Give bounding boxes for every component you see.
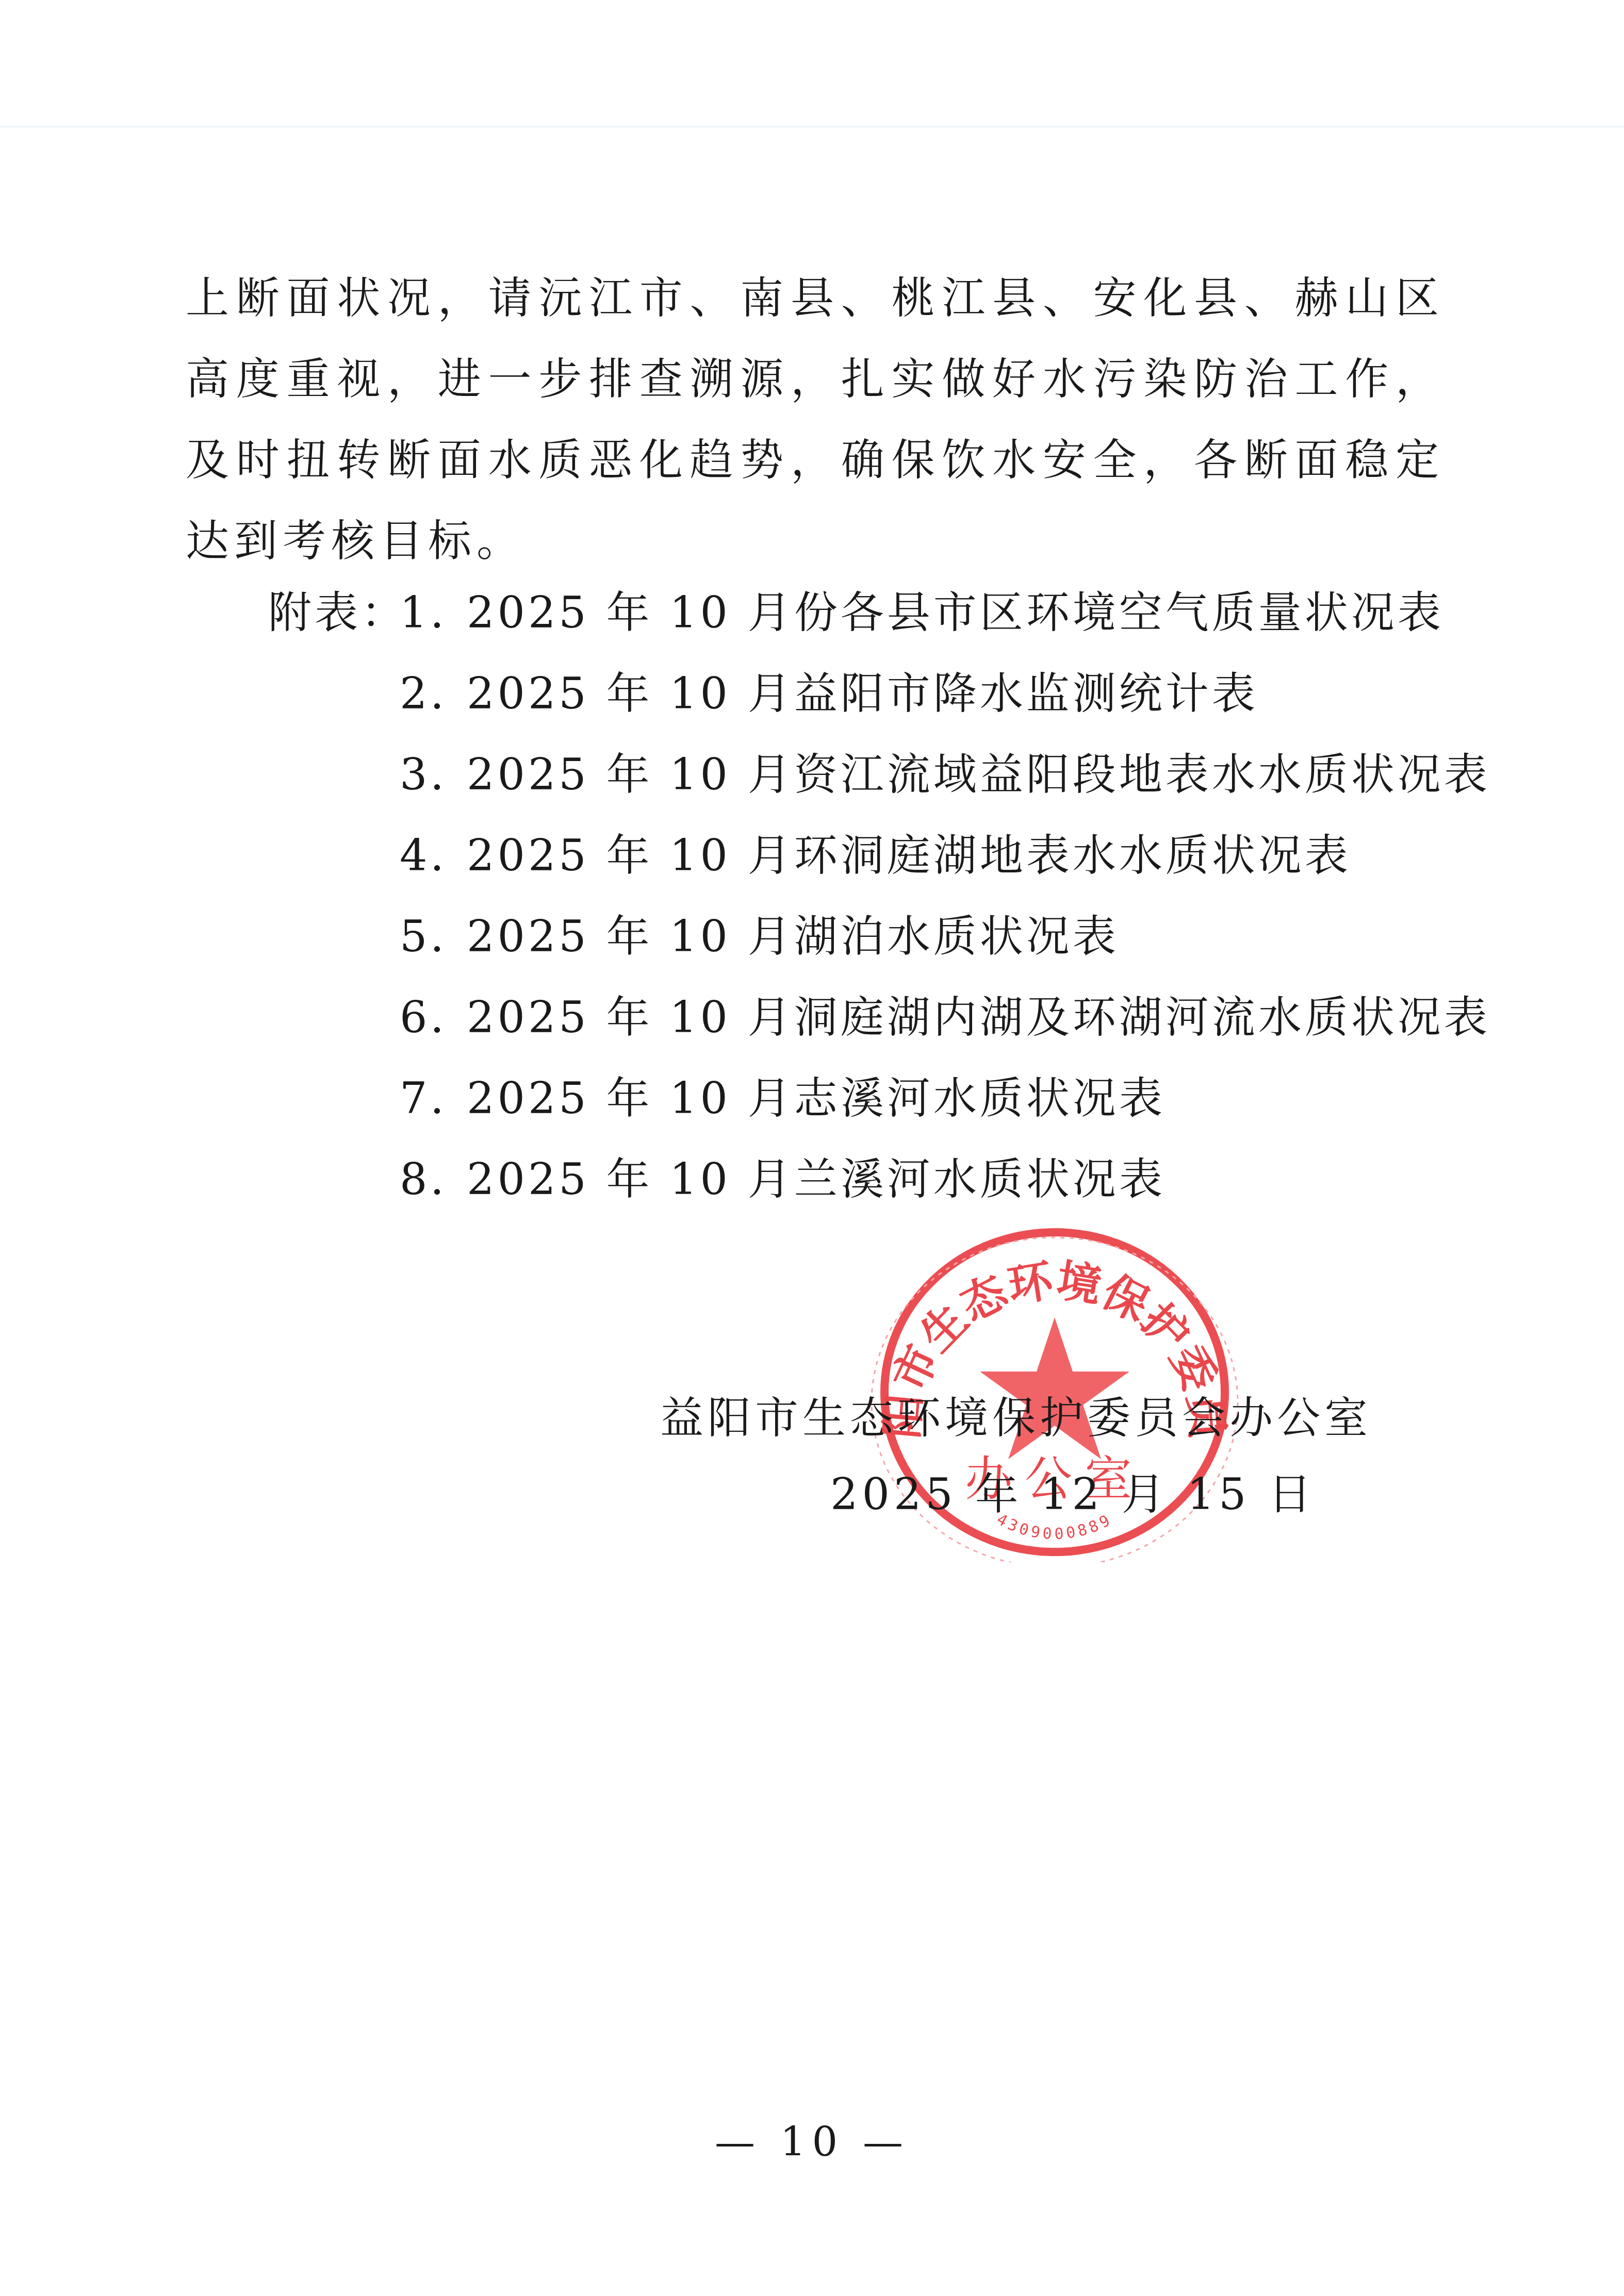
attachment-title: 2025 年 10 月资江流域益阳段地表水水质状况表 <box>467 734 1490 815</box>
page-number: — 10 — <box>0 2119 1624 2166</box>
attachment-number: 5． <box>400 896 467 977</box>
attachment-number: 3． <box>400 734 467 815</box>
signing-date: 2025 年 12 月 15 日 <box>830 1458 1372 1530</box>
attachment-title: 2025 年 10 月份各县市区环境空气质量状况表 <box>467 572 1444 653</box>
attachment-item-7: 7． 2025 年 10 月志溪河水质状况表 <box>268 1058 1490 1139</box>
attachment-number: 4． <box>400 815 467 896</box>
scan-artifact-line <box>0 126 1624 127</box>
attachments-list: 附表： 1． 2025 年 10 月份各县市区环境空气质量状况表 2． 2025… <box>268 572 1490 1220</box>
attachment-item-4: 4． 2025 年 10 月环洞庭湖地表水水质状况表 <box>268 815 1490 896</box>
attachment-item-2: 2． 2025 年 10 月益阳市降水监测统计表 <box>268 653 1490 734</box>
attachment-title: 2025 年 10 月洞庭湖内湖及环湖河流水质状况表 <box>467 977 1490 1058</box>
attachment-number: 6． <box>400 977 467 1058</box>
attachment-number: 8． <box>400 1139 467 1220</box>
signing-organization: 益阳市生态环境保护委员会办公室 <box>660 1382 1372 1454</box>
attachment-item-8: 8． 2025 年 10 月兰溪河水质状况表 <box>268 1139 1490 1220</box>
attachment-number: 1． <box>400 572 467 653</box>
attachment-title: 2025 年 10 月湖泊水质状况表 <box>467 896 1119 977</box>
signature-block: 益阳市生态环境保护委员会办公室 2025 年 12 月 15 日 <box>660 1382 1372 1530</box>
attachment-item-3: 3． 2025 年 10 月资江流域益阳段地表水水质状况表 <box>268 734 1490 815</box>
attachment-title: 2025 年 10 月兰溪河水质状况表 <box>467 1139 1166 1220</box>
attachment-title: 2025 年 10 月志溪河水质状况表 <box>467 1058 1166 1139</box>
attachment-item-5: 5． 2025 年 10 月湖泊水质状况表 <box>268 896 1490 977</box>
attachments-label: 附表： <box>268 572 400 653</box>
body-paragraph: 上断面状况，请沅江市、南县、桃江县、安化县、赫山区高度重视，进一步排查溯源，扎实… <box>186 258 1444 582</box>
attachment-number: 2． <box>400 653 467 734</box>
attachment-item-1: 附表： 1． 2025 年 10 月份各县市区环境空气质量状况表 <box>268 572 1490 653</box>
attachment-item-6: 6． 2025 年 10 月洞庭湖内湖及环湖河流水质状况表 <box>268 977 1490 1058</box>
attachment-title: 2025 年 10 月益阳市降水监测统计表 <box>467 653 1258 734</box>
attachment-title: 2025 年 10 月环洞庭湖地表水水质状况表 <box>467 815 1351 896</box>
attachment-number: 7． <box>400 1058 467 1139</box>
